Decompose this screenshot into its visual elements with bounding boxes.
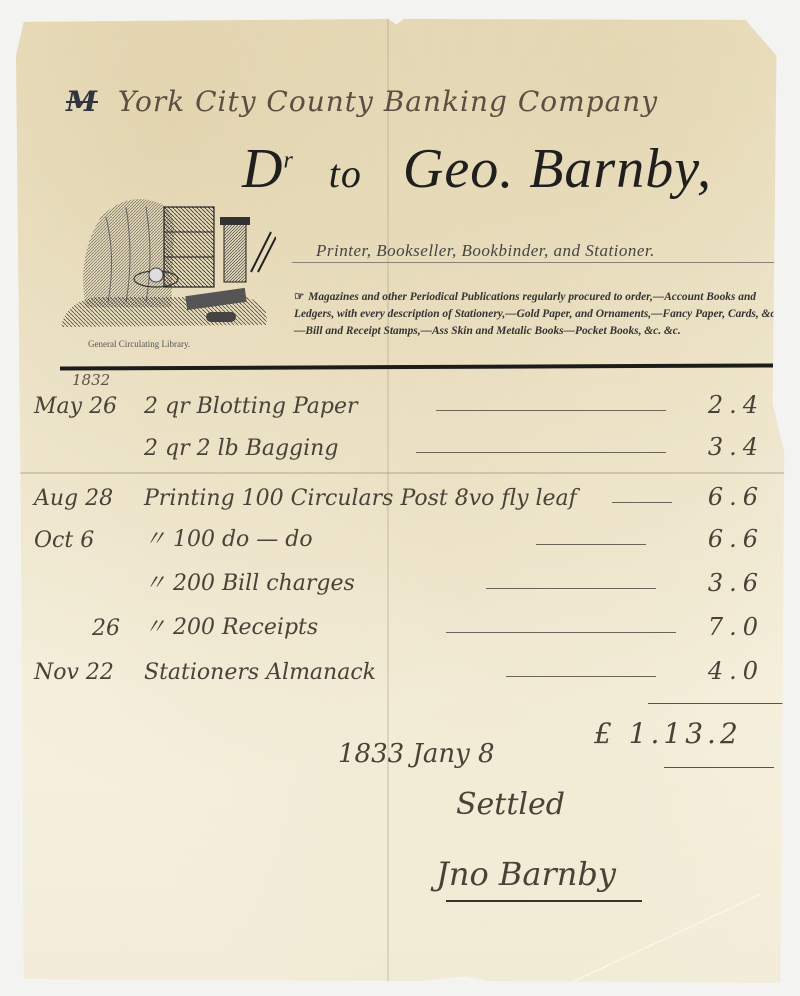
ledger-row: May 26 2 qr Blotting Paper 2.4 [16, 385, 792, 425]
ledger-row: 〃 200 Bill charges 3.6 [16, 563, 792, 603]
entry-amount: 4.0 [684, 657, 764, 685]
entry-amount: 3.6 [684, 569, 764, 597]
signature: Jno Barnby [436, 855, 616, 893]
leader-line [536, 544, 646, 545]
ledger-row: Aug 28 Printing 100 Circulars Post 8vo f… [16, 477, 792, 517]
entry-amount: 6.6 [684, 525, 764, 553]
entry-date: 26 [92, 616, 120, 641]
entry-description: 〃 200 Receipts [144, 610, 318, 641]
leader-line [486, 588, 656, 589]
ledger-row: 26 〃 200 Receipts 7.0 [16, 607, 792, 647]
leader-line [506, 676, 656, 677]
entry-description: Printing 100 Circulars Post 8vo fly leaf [144, 486, 577, 511]
settlement-date: 1833 Jany 8 [338, 739, 495, 769]
total-underline [664, 767, 774, 768]
entry-description: 〃 200 Bill charges [144, 566, 355, 597]
entry-description: Stationers Almanack [144, 660, 376, 685]
ledger-total: £ 1.13.2 [594, 717, 742, 750]
settlement-status: Settled [456, 787, 565, 822]
leader-line [446, 632, 676, 633]
ledger-row: Nov 22 Stationers Almanack 4.0 [16, 651, 792, 691]
entry-amount: 7.0 [684, 613, 764, 641]
entry-amount: 6.6 [684, 483, 764, 511]
signature-underline [446, 900, 642, 902]
leader-line [416, 452, 666, 453]
ledger-row: 2 qr 2 lb Bagging 3.4 [16, 427, 792, 467]
total-rule [648, 703, 784, 704]
entry-amount: 3.4 [684, 433, 764, 461]
billhead-paper: M York City County Banking Company Dr to… [16, 17, 792, 983]
entry-date: May 26 [34, 394, 117, 419]
ledger: 1832 May 26 2 qr Blotting Paper 2.4 2 qr… [16, 17, 792, 983]
entry-date: Nov 22 [34, 660, 114, 685]
entry-date: Oct 6 [34, 528, 94, 553]
entry-description: 〃 100 do — do [144, 522, 313, 553]
entry-amount: 2.4 [684, 391, 764, 419]
ledger-row: Oct 6 〃 100 do — do 6.6 [16, 519, 792, 559]
leader-line [612, 502, 672, 503]
entry-description: 2 qr 2 lb Bagging [144, 436, 338, 461]
entry-date: Aug 28 [34, 486, 113, 511]
entry-description: 2 qr Blotting Paper [144, 394, 358, 419]
leader-line [436, 410, 666, 411]
